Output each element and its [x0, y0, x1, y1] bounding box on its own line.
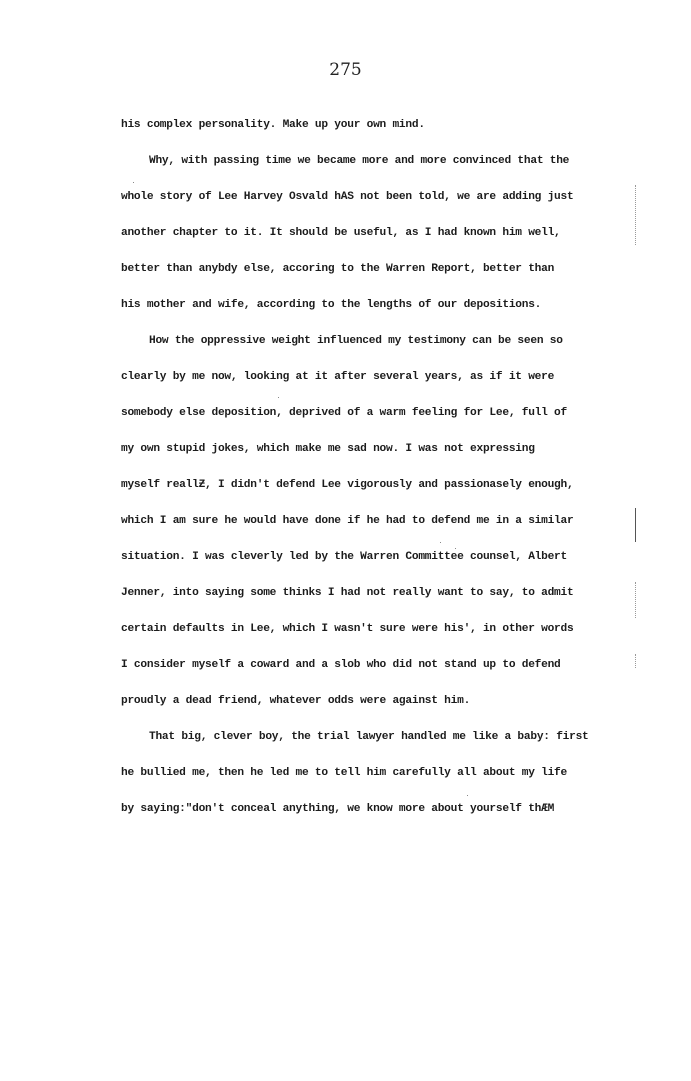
- page-number: 275: [0, 60, 691, 80]
- scan-speck: [440, 542, 441, 543]
- text-line: whole story of Lee Harvey Osvald hAS not…: [121, 187, 641, 223]
- text-line: his mother and wife, according to the le…: [121, 295, 641, 331]
- margin-revision-mark: [635, 508, 636, 542]
- text-line: How the oppressive weight influenced my …: [121, 331, 641, 367]
- text-line: I consider myself a coward and a slob wh…: [121, 655, 641, 691]
- text-line: proudly a dead friend, whatever odds wer…: [121, 691, 641, 727]
- text-line: certain defaults in Lee, which I wasn't …: [121, 619, 641, 655]
- text-line: his complex personality. Make up your ow…: [121, 115, 641, 151]
- scan-speck: [467, 795, 468, 796]
- margin-revision-mark: [635, 582, 637, 618]
- text-line: which I am sure he would have done if he…: [121, 511, 641, 547]
- text-line: situation. I was cleverly led by the War…: [121, 547, 641, 583]
- scan-speck: [133, 182, 134, 183]
- text-line: my own stupid jokes, which make me sad n…: [121, 439, 641, 475]
- text-line: clearly by me now, looking at it after s…: [121, 367, 641, 403]
- margin-revision-mark: [635, 654, 637, 668]
- text-line: he bullied me, then he led me to tell hi…: [121, 763, 641, 799]
- margin-revision-mark: [635, 185, 637, 245]
- scan-speck: [455, 548, 456, 549]
- typewritten-body: his complex personality. Make up your ow…: [121, 115, 641, 835]
- text-line: Jenner, into saying some thinks I had no…: [121, 583, 641, 619]
- text-line: another chapter to it. It should be usef…: [121, 223, 641, 259]
- text-line: Why, with passing time we became more an…: [121, 151, 641, 187]
- text-line: by saying:"don't conceal anything, we kn…: [121, 799, 641, 835]
- text-line: That big, clever boy, the trial lawyer h…: [121, 727, 641, 763]
- text-line: myself reallƵ, I didn't defend Lee vigor…: [121, 475, 641, 511]
- scan-speck: [278, 397, 279, 398]
- text-line: somebody else deposition, deprived of a …: [121, 403, 641, 439]
- text-line: better than anybdy else, accoring to the…: [121, 259, 641, 295]
